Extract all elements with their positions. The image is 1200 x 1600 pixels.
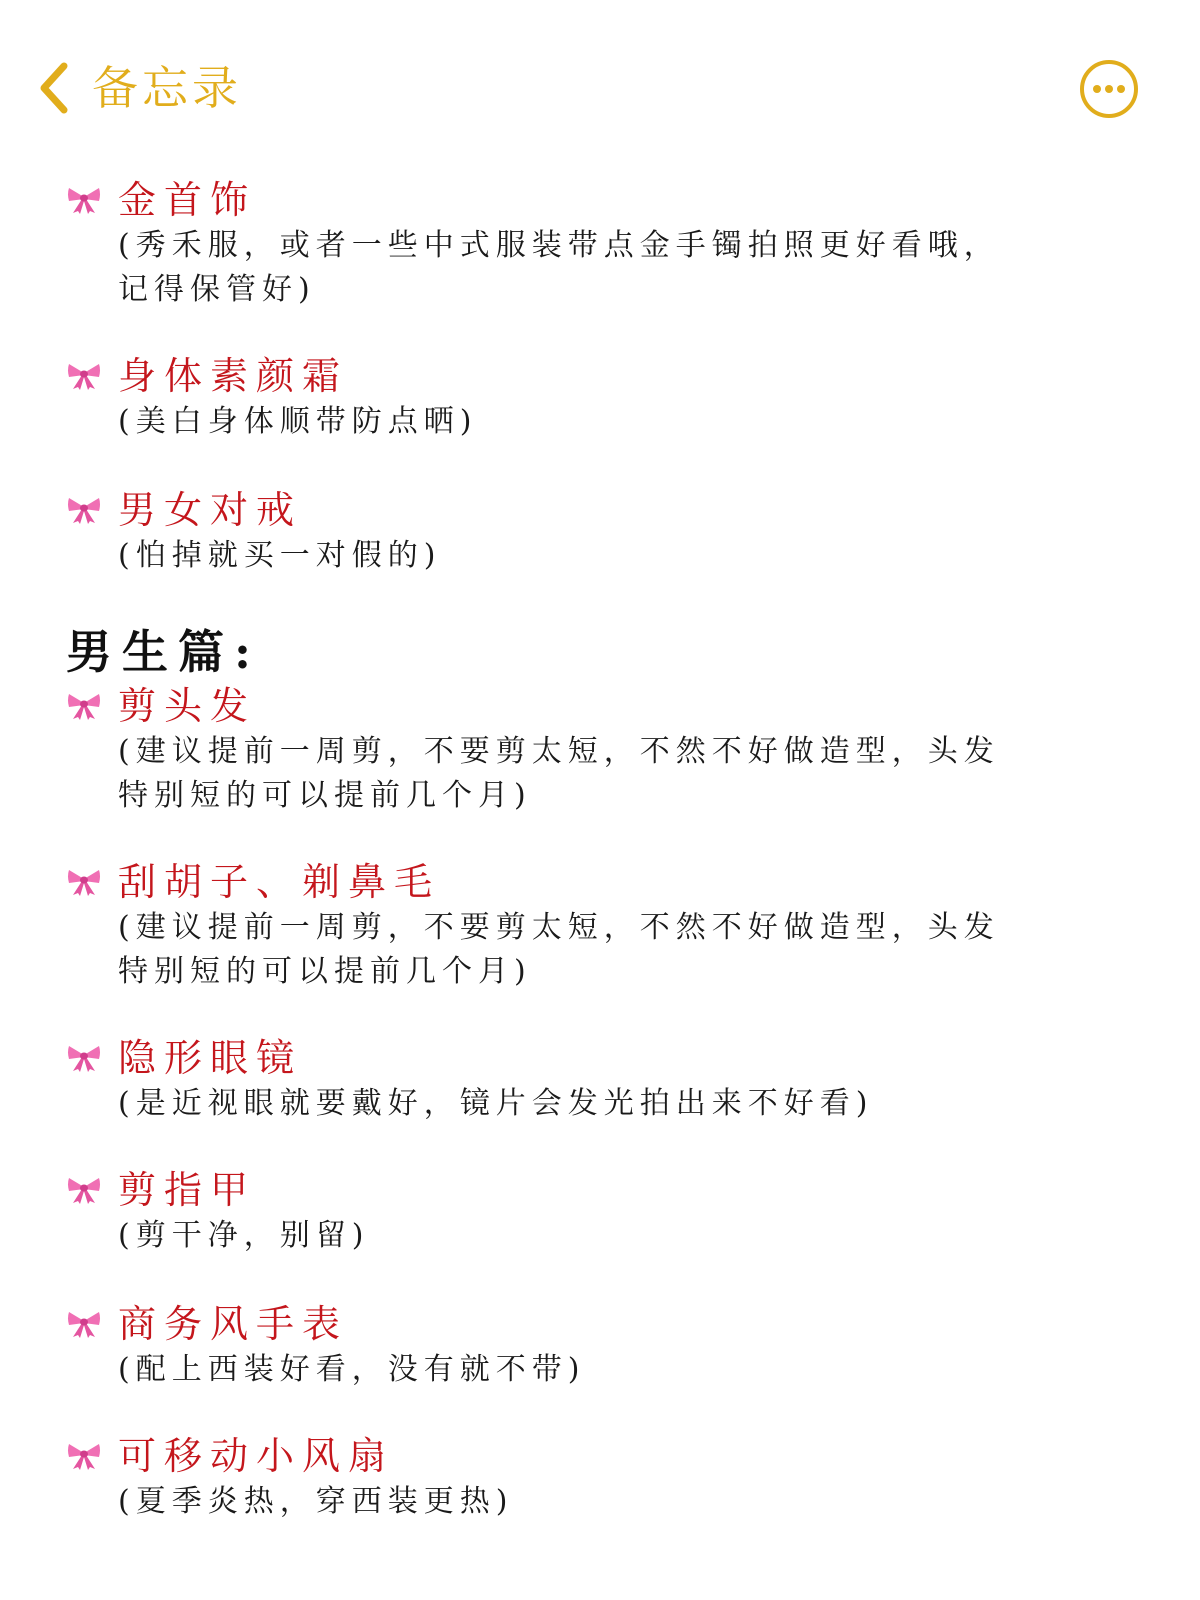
item-title: 剪头发 [118, 682, 256, 730]
chevron-left-icon [36, 60, 70, 116]
item-description: (配上西装好看，没有就不带) [118, 1348, 1118, 1392]
item-title: 身体素颜霜 [118, 352, 348, 400]
item-description: (是近视眼就要戴好，镜片会发光拍出来不好看) [118, 1082, 1118, 1126]
list-item: 身体素颜霜 (美白身体顺带防点晒) [66, 352, 1118, 444]
back-button[interactable]: 备忘录 [36, 60, 242, 116]
list-item: 刮胡子、剃鼻毛 (建议提前一周剪，不要剪太短，不然不好做造型，头发 特别短的可以… [66, 858, 1118, 994]
item-description: (夏季炎热，穿西装更热) [118, 1480, 1118, 1524]
item-description: (剪干净，别留) [118, 1214, 1118, 1258]
item-description: (建议提前一周剪，不要剪太短，不然不好做造型，头发 特别短的可以提前几个月) [118, 730, 1118, 818]
item-title: 隐形眼镜 [118, 1034, 302, 1082]
list-item: 可移动小风扇 (夏季炎热，穿西装更热) [66, 1432, 1118, 1524]
ribbon-bow-icon [66, 691, 102, 721]
ribbon-bow-icon [66, 361, 102, 391]
item-description: (建议提前一周剪，不要剪太短，不然不好做造型，头发 特别短的可以提前几个月) [118, 906, 1118, 994]
item-title: 可移动小风扇 [118, 1432, 394, 1480]
item-description: (秀禾服，或者一些中式服装带点金手镯拍照更好看哦， 记得保管好) [118, 224, 1118, 312]
ribbon-bow-icon [66, 1309, 102, 1339]
item-title: 刮胡子、剃鼻毛 [118, 858, 440, 906]
list-item: 商务风手表 (配上西装好看，没有就不带) [66, 1300, 1118, 1392]
item-title: 男女对戒 [118, 486, 302, 534]
item-title: 金首饰 [118, 176, 256, 224]
ribbon-bow-icon [66, 495, 102, 525]
section-heading: 男生篇: [66, 622, 261, 682]
ribbon-bow-icon [66, 867, 102, 897]
list-item: 剪头发 (建议提前一周剪，不要剪太短，不然不好做造型，头发 特别短的可以提前几个… [66, 682, 1118, 818]
ribbon-bow-icon [66, 1043, 102, 1073]
list-item: 金首饰 (秀禾服，或者一些中式服装带点金手镯拍照更好看哦， 记得保管好) [66, 176, 1118, 312]
item-title: 剪指甲 [118, 1166, 256, 1214]
list-item: 隐形眼镜 (是近视眼就要戴好，镜片会发光拍出来不好看) [66, 1034, 1118, 1126]
item-description: (怕掉就买一对假的) [118, 534, 1118, 578]
list-item: 剪指甲 (剪干净，别留) [66, 1166, 1118, 1258]
item-description: (美白身体顺带防点晒) [118, 400, 1118, 444]
list-item: 男女对戒 (怕掉就买一对假的) [66, 486, 1118, 578]
ribbon-bow-icon [66, 1441, 102, 1471]
item-title: 商务风手表 [118, 1300, 348, 1348]
ribbon-bow-icon [66, 185, 102, 215]
navigation-bar: 备忘录 [0, 0, 1200, 170]
ribbon-bow-icon [66, 1175, 102, 1205]
back-label: 备忘录 [92, 60, 242, 116]
ellipsis-circle-icon[interactable] [1078, 58, 1140, 120]
